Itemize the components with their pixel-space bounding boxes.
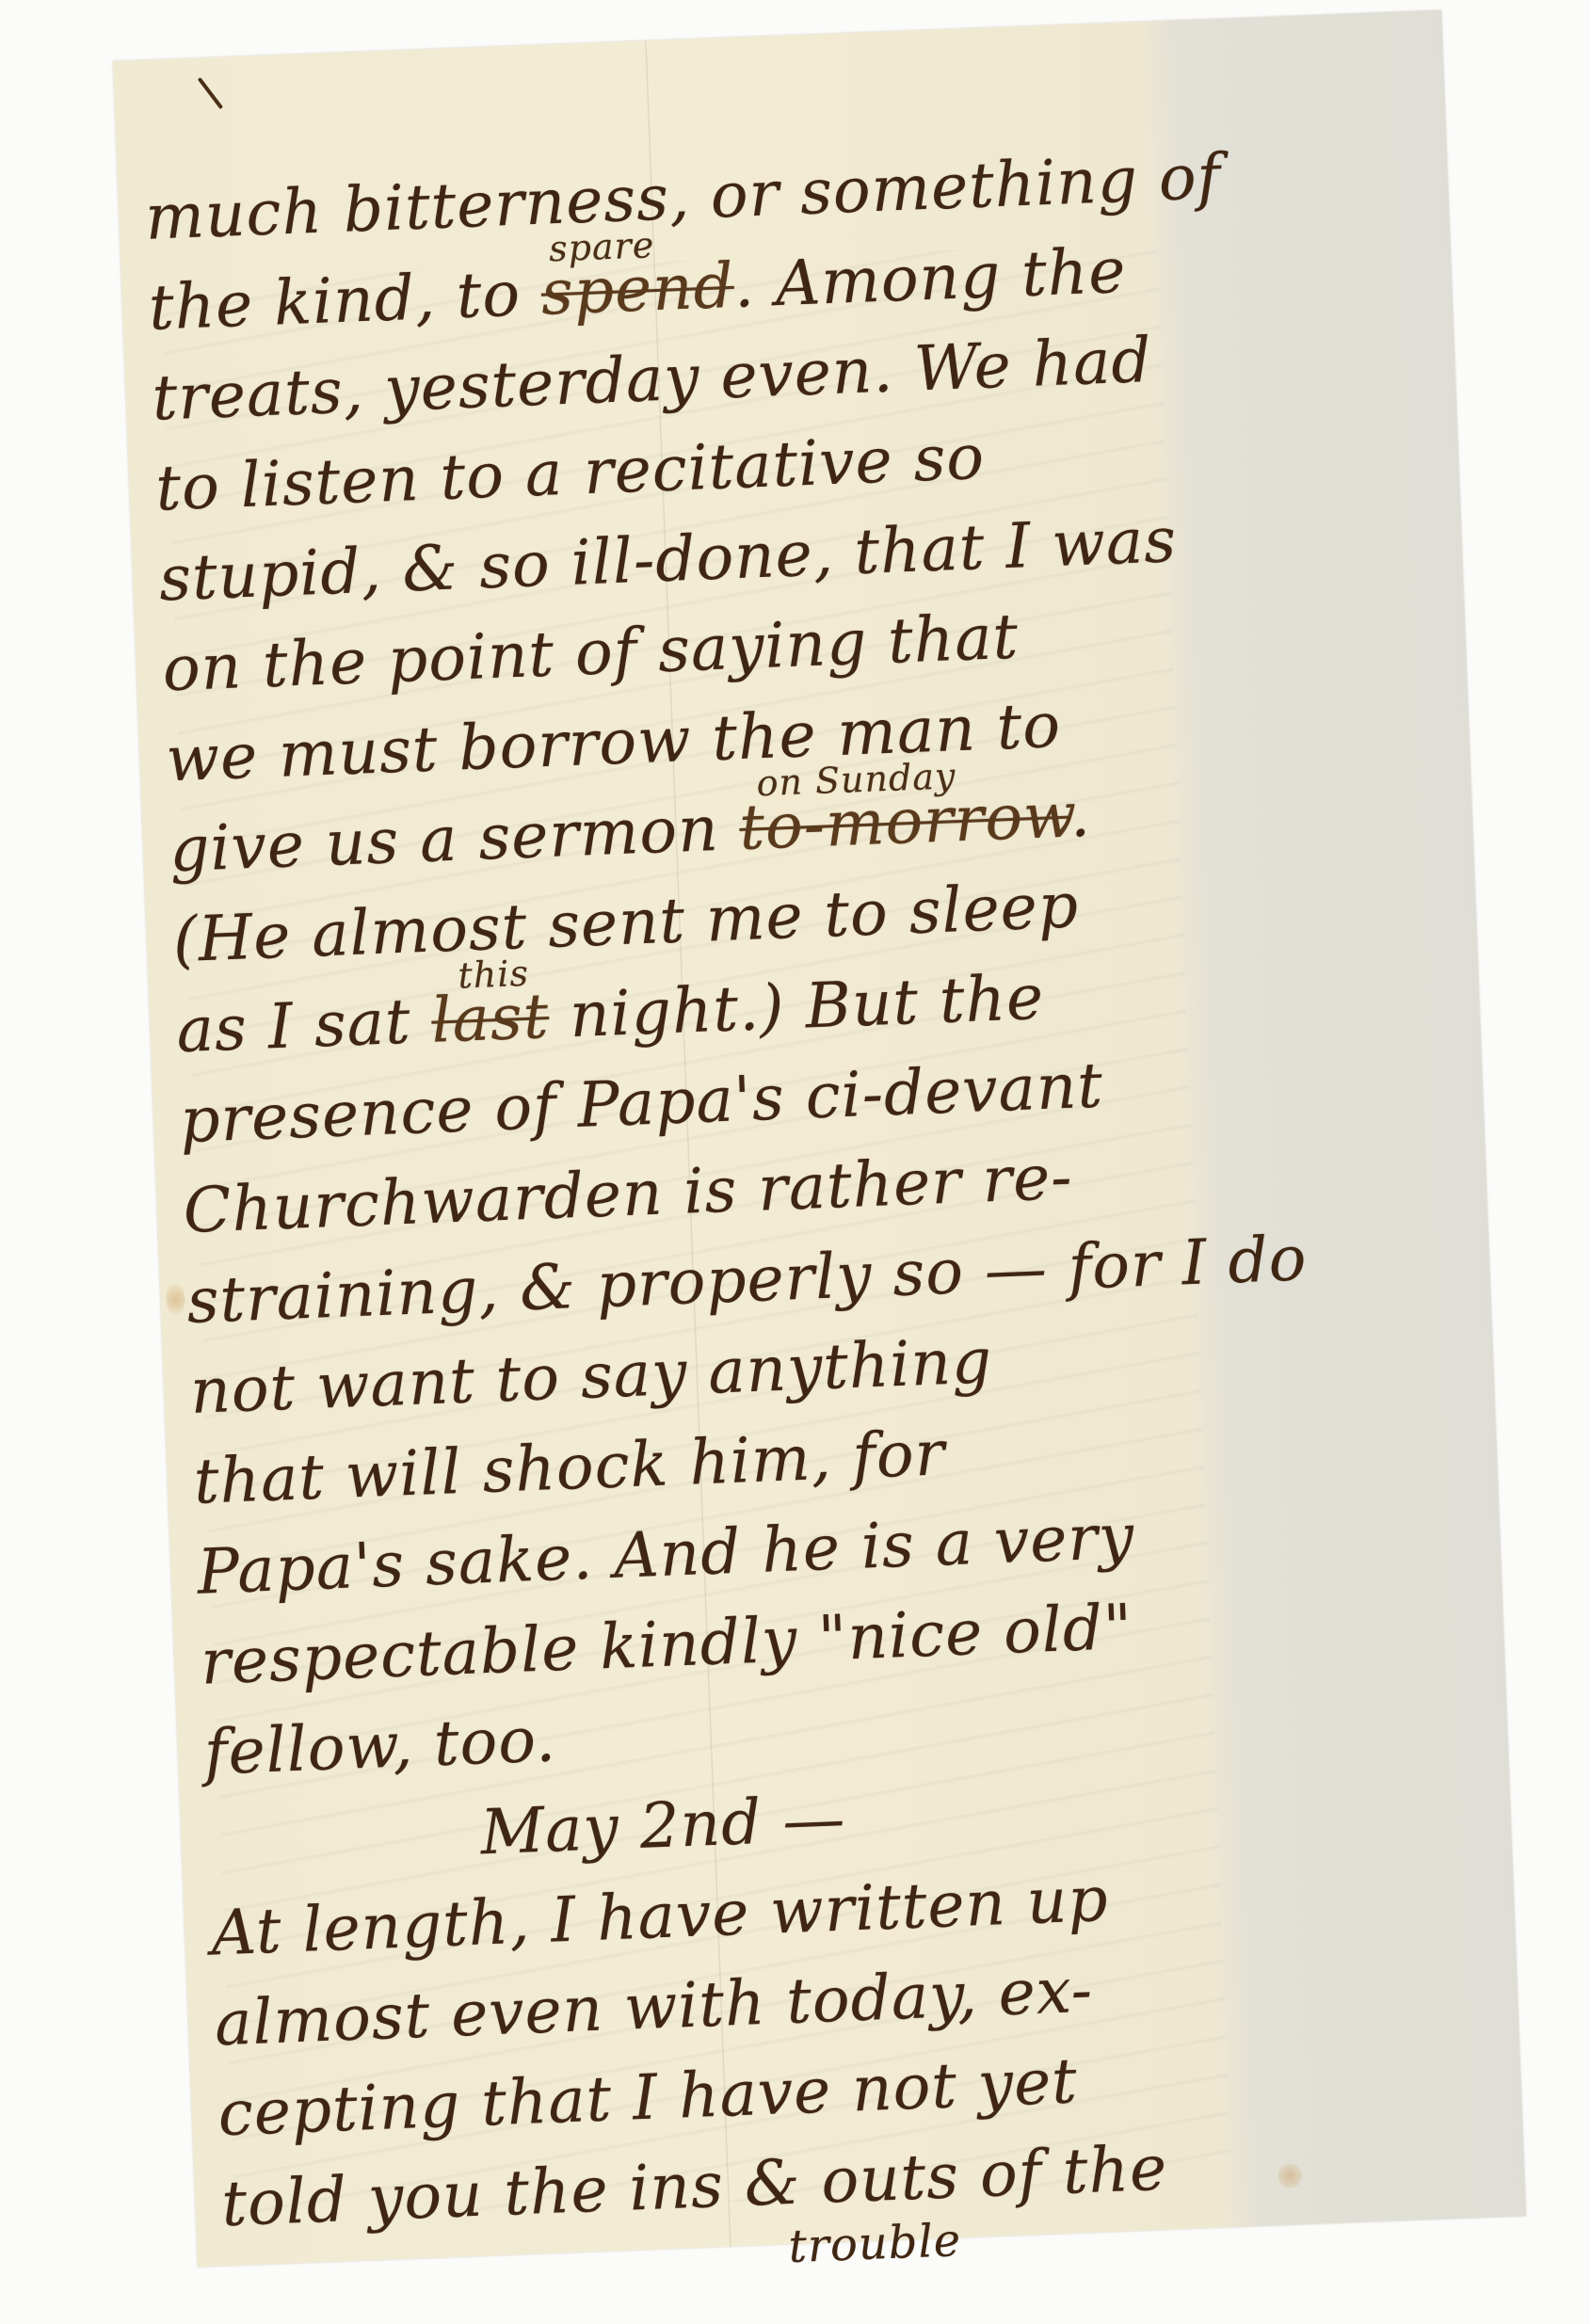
interlined-insertion: on Sunday xyxy=(756,757,956,802)
line-text: . Among the xyxy=(732,234,1127,322)
line-text: the kind, to xyxy=(148,257,543,345)
catchword-text: trouble xyxy=(788,2214,963,2273)
date-text: May 2nd — xyxy=(479,1783,847,1869)
interlined-insertion: spare xyxy=(548,226,655,267)
interlined-insertion: this xyxy=(458,954,530,995)
foxing-stain xyxy=(166,1283,185,1316)
letter-page: much bitterness, or something of the kin… xyxy=(113,10,1526,2267)
handwritten-text: much bitterness, or something of the kin… xyxy=(144,135,1223,2306)
line-text: fellow, too. xyxy=(203,1703,558,1788)
line-text: . xyxy=(1069,778,1092,852)
line-text: night.) But the xyxy=(548,961,1046,1052)
line-text: as I sat xyxy=(175,985,433,1066)
margin-mark xyxy=(198,77,223,109)
line-text: give us a sermon xyxy=(169,792,741,886)
